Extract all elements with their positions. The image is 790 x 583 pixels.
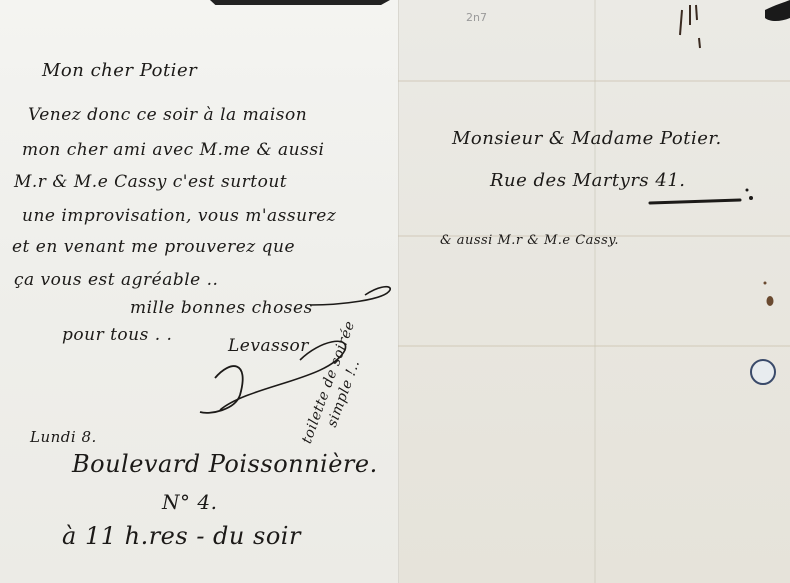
- street-address: Rue des Martyrs 41.: [490, 170, 686, 191]
- date: Lundi 8.: [30, 428, 97, 446]
- address-line: Boulevard Poissonnière.: [72, 450, 378, 478]
- pen-flourishes: [0, 0, 790, 583]
- recipient: Monsieur & Madame Potier.: [452, 128, 722, 149]
- postscript: & aussi M.r & M.e Cassy.: [440, 233, 619, 248]
- address-line: N° 4.: [162, 490, 217, 514]
- time: à 11 h.res - du soir: [62, 522, 301, 550]
